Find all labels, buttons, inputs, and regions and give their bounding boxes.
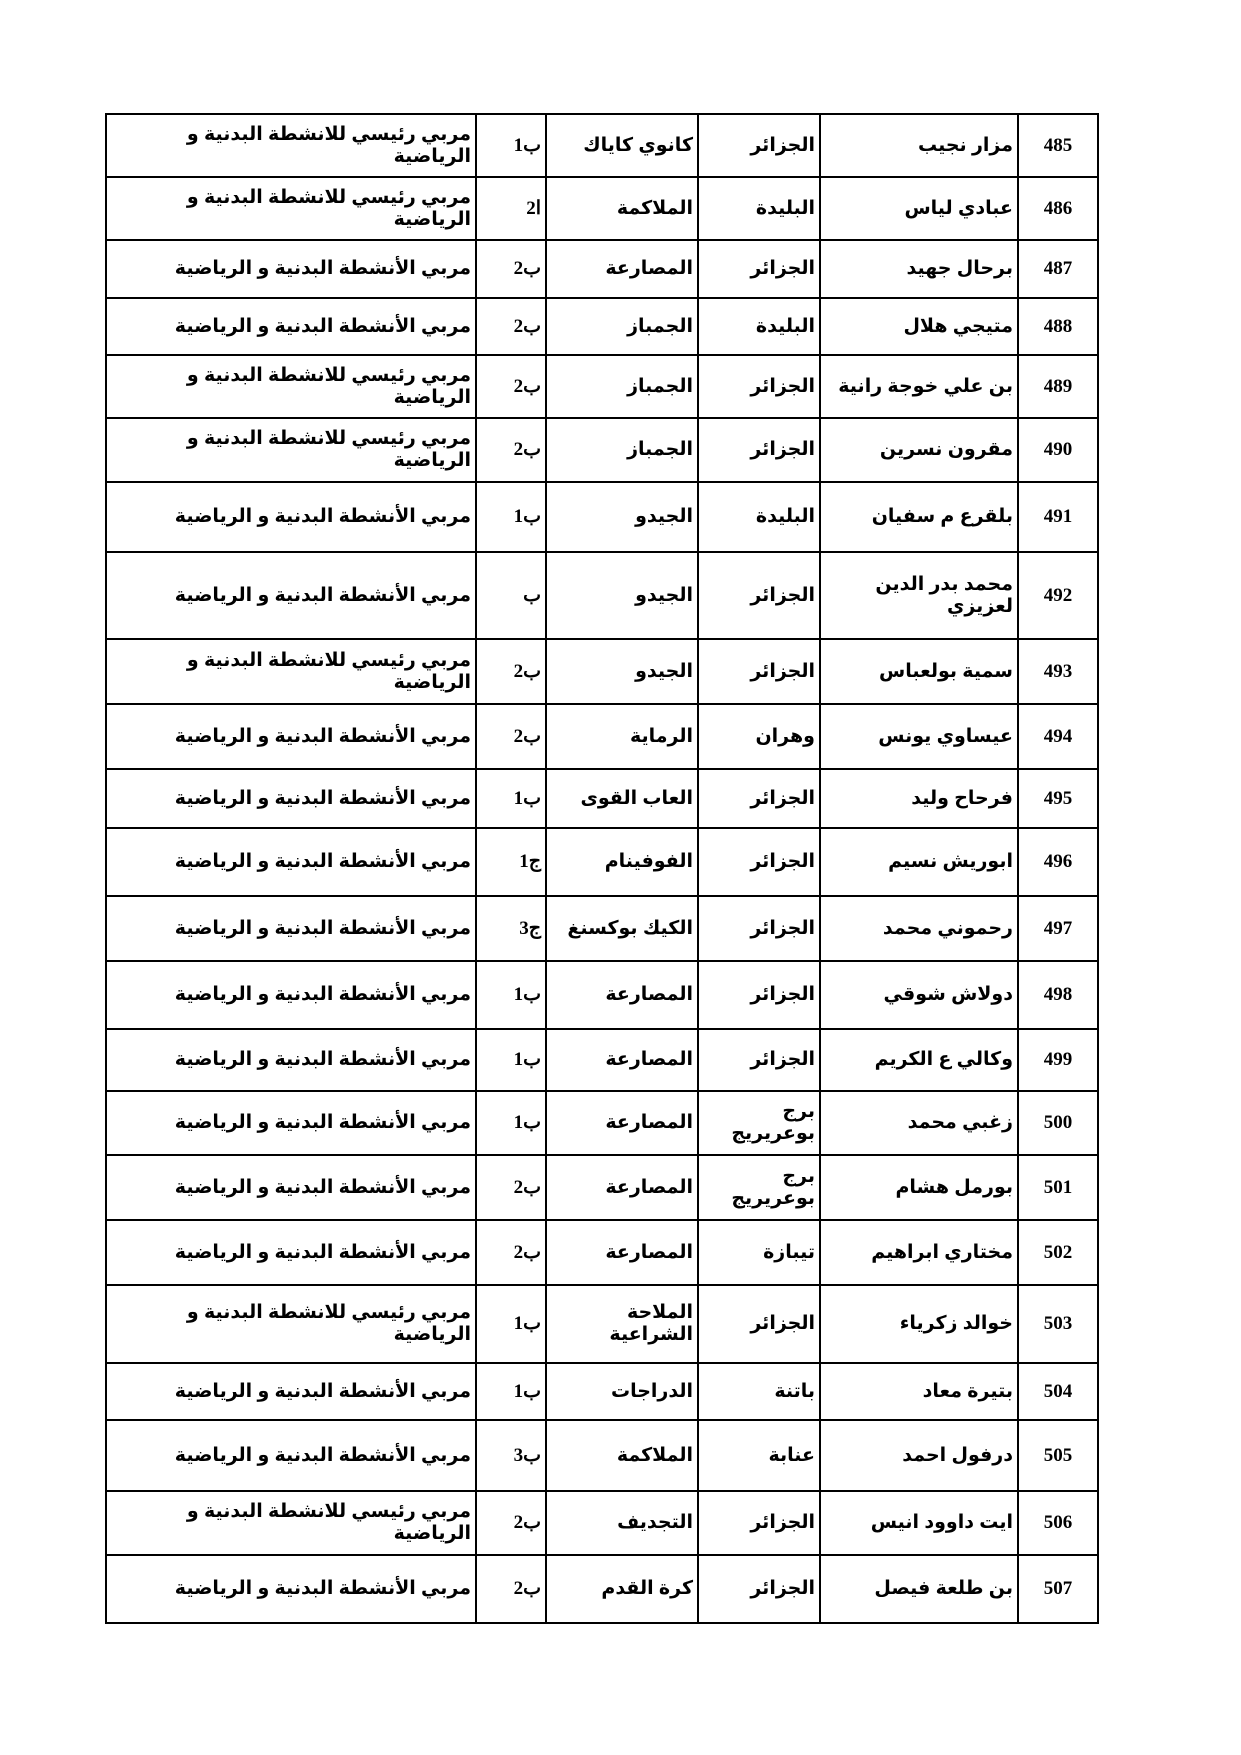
name-cell: دولاش شوقي <box>820 961 1018 1029</box>
wilaya-cell: الجزائر <box>698 355 820 418</box>
number-cell: 490 <box>1018 418 1098 482</box>
name-cell: بتيرة معاد <box>820 1363 1018 1420</box>
role-cell: مربي الأنشطة البدنية و الرياضية <box>106 482 476 552</box>
name-cell: خوالد زكرياء <box>820 1285 1018 1363</box>
sport-cell: الرماية <box>546 704 698 769</box>
table-row: مربي الأنشطة البدنية و الرياضية ب1 المصا… <box>106 1091 1098 1155</box>
name-cell: رحموني محمد <box>820 896 1018 961</box>
number-cell: 486 <box>1018 177 1098 240</box>
table-row: مربي الأنشطة البدنية و الرياضية ب2 الرما… <box>106 704 1098 769</box>
sport-cell: الملاكمة <box>546 177 698 240</box>
role-cell: مربي الأنشطة البدنية و الرياضية <box>106 896 476 961</box>
wilaya-cell: تيبازة <box>698 1220 820 1285</box>
level-cell: ب2 <box>476 1555 546 1623</box>
level-cell: ب2 <box>476 1220 546 1285</box>
number-cell: 485 <box>1018 114 1098 177</box>
table-row: مربي الأنشطة البدنية و الرياضية ج3 الكيك… <box>106 896 1098 961</box>
name-cell: برحال جهيد <box>820 240 1018 298</box>
name-cell: بورمل هشام <box>820 1155 1018 1220</box>
name-cell: بلقرع م سفيان <box>820 482 1018 552</box>
role-cell: مربي الأنشطة البدنية و الرياضية <box>106 704 476 769</box>
document-page: مربي رئيسي للانشطة البدنية و الرياضية ب1… <box>0 0 1241 1755</box>
number-cell: 506 <box>1018 1491 1098 1555</box>
role-cell: مربي الأنشطة البدنية و الرياضية <box>106 1091 476 1155</box>
level-cell: ب2 <box>476 298 546 355</box>
table-row: مربي رئيسي للانشطة البدنية و الرياضية ب2… <box>106 1491 1098 1555</box>
number-cell: 494 <box>1018 704 1098 769</box>
table-row: مربي الأنشطة البدنية و الرياضية ب1 المصا… <box>106 961 1098 1029</box>
table-row: مربي رئيسي للانشطة البدنية و الرياضية ب1… <box>106 114 1098 177</box>
number-cell: 498 <box>1018 961 1098 1029</box>
table-row: مربي الأنشطة البدنية و الرياضية ب2 المصا… <box>106 1155 1098 1220</box>
role-cell: مربي رئيسي للانشطة البدنية و الرياضية <box>106 355 476 418</box>
table-row: مربي الأنشطة البدنية و الرياضية ب2 الجمب… <box>106 298 1098 355</box>
name-cell: مختاري ابراهيم <box>820 1220 1018 1285</box>
name-cell: زغبي محمد <box>820 1091 1018 1155</box>
wilaya-cell: البليدة <box>698 298 820 355</box>
name-cell: سمية بولعباس <box>820 639 1018 704</box>
wilaya-cell: باتنة <box>698 1363 820 1420</box>
level-cell: ب1 <box>476 769 546 828</box>
sport-cell: الملاكمة <box>546 1420 698 1491</box>
level-cell: ج3 <box>476 896 546 961</box>
level-cell: ب1 <box>476 114 546 177</box>
wilaya-cell: الجزائر <box>698 769 820 828</box>
role-cell: مربي الأنشطة البدنية و الرياضية <box>106 1420 476 1491</box>
number-cell: 503 <box>1018 1285 1098 1363</box>
level-cell: ب1 <box>476 1363 546 1420</box>
sport-cell: الجيدو <box>546 552 698 639</box>
level-cell: ب2 <box>476 1491 546 1555</box>
wilaya-cell: برج بوعريريج <box>698 1155 820 1220</box>
wilaya-cell: الجزائر <box>698 961 820 1029</box>
table-row: مربي الأنشطة البدنية و الرياضية ب1 المصا… <box>106 1029 1098 1091</box>
role-cell: مربي رئيسي للانشطة البدنية و الرياضية <box>106 639 476 704</box>
role-cell: مربي الأنشطة البدنية و الرياضية <box>106 1155 476 1220</box>
number-cell: 497 <box>1018 896 1098 961</box>
wilaya-cell: الجزائر <box>698 639 820 704</box>
number-cell: 502 <box>1018 1220 1098 1285</box>
name-cell: عيساوي يونس <box>820 704 1018 769</box>
table-row: مربي رئيسي للانشطة البدنية و الرياضية ب2… <box>106 355 1098 418</box>
number-cell: 492 <box>1018 552 1098 639</box>
wilaya-cell: الجزائر <box>698 240 820 298</box>
role-cell: مربي رئيسي للانشطة البدنية و الرياضية <box>106 418 476 482</box>
level-cell: ب1 <box>476 1285 546 1363</box>
sport-cell: المصارعة <box>546 1220 698 1285</box>
level-cell: ب3 <box>476 1420 546 1491</box>
number-cell: 487 <box>1018 240 1098 298</box>
level-cell: ج1 <box>476 828 546 896</box>
sport-cell: المصارعة <box>546 961 698 1029</box>
table-row: مربي الأنشطة البدنية و الرياضية ب الجيدو… <box>106 552 1098 639</box>
role-cell: مربي رئيسي للانشطة البدنية و الرياضية <box>106 1491 476 1555</box>
sport-cell: كرة القدم <box>546 1555 698 1623</box>
table-row: مربي الأنشطة البدنية و الرياضية ب2 المصا… <box>106 240 1098 298</box>
name-cell: فرحاح وليد <box>820 769 1018 828</box>
table-row: مربي رئيسي للانشطة البدنية و الرياضية ب1… <box>106 1285 1098 1363</box>
name-cell: مزار نجيب <box>820 114 1018 177</box>
wilaya-cell: الجزائر <box>698 1285 820 1363</box>
sport-cell: الكيك بوكسنغ <box>546 896 698 961</box>
level-cell: ا2 <box>476 177 546 240</box>
name-cell: بن طلعة فيصل <box>820 1555 1018 1623</box>
wilaya-cell: الجزائر <box>698 1555 820 1623</box>
sport-cell: الفوفينام <box>546 828 698 896</box>
number-cell: 504 <box>1018 1363 1098 1420</box>
wilaya-cell: برج بوعريريج <box>698 1091 820 1155</box>
role-cell: مربي رئيسي للانشطة البدنية و الرياضية <box>106 177 476 240</box>
name-cell: ايت داوود انيس <box>820 1491 1018 1555</box>
sport-cell: الجيدو <box>546 482 698 552</box>
name-cell: محمد بدر الدين لعزيزي <box>820 552 1018 639</box>
sport-cell: الملاحة الشراعية <box>546 1285 698 1363</box>
table-row: مربي رئيسي للانشطة البدنية و الرياضية ب2… <box>106 418 1098 482</box>
table-row: مربي الأنشطة البدنية و الرياضية ب3 الملا… <box>106 1420 1098 1491</box>
level-cell: ب1 <box>476 961 546 1029</box>
role-cell: مربي رئيسي للانشطة البدنية و الرياضية <box>106 1285 476 1363</box>
wilaya-cell: البليدة <box>698 482 820 552</box>
sport-cell: الجمباز <box>546 355 698 418</box>
table-body: مربي رئيسي للانشطة البدنية و الرياضية ب1… <box>106 114 1098 1623</box>
role-cell: مربي الأنشطة البدنية و الرياضية <box>106 298 476 355</box>
role-cell: مربي الأنشطة البدنية و الرياضية <box>106 1363 476 1420</box>
wilaya-cell: الجزائر <box>698 418 820 482</box>
role-cell: مربي الأنشطة البدنية و الرياضية <box>106 240 476 298</box>
level-cell: ب2 <box>476 418 546 482</box>
sport-cell: الجمباز <box>546 298 698 355</box>
sport-cell: الجيدو <box>546 639 698 704</box>
wilaya-cell: وهران <box>698 704 820 769</box>
wilaya-cell: الجزائر <box>698 896 820 961</box>
role-cell: مربي الأنشطة البدنية و الرياضية <box>106 961 476 1029</box>
level-cell: ب1 <box>476 1091 546 1155</box>
coaches-table: مربي رئيسي للانشطة البدنية و الرياضية ب1… <box>105 113 1099 1624</box>
sport-cell: المصارعة <box>546 240 698 298</box>
wilaya-cell: الجزائر <box>698 552 820 639</box>
table-row: مربي الأنشطة البدنية و الرياضية ب2 كرة ا… <box>106 1555 1098 1623</box>
wilaya-cell: الجزائر <box>698 1029 820 1091</box>
role-cell: مربي الأنشطة البدنية و الرياضية <box>106 1555 476 1623</box>
level-cell: ب2 <box>476 240 546 298</box>
sport-cell: كانوي كاياك <box>546 114 698 177</box>
table-row: مربي الأنشطة البدنية و الرياضية ب2 المصا… <box>106 1220 1098 1285</box>
wilaya-cell: الجزائر <box>698 114 820 177</box>
table-row: مربي الأنشطة البدنية و الرياضية ب1 العاب… <box>106 769 1098 828</box>
name-cell: عبادي لياس <box>820 177 1018 240</box>
name-cell: متيجي هلال <box>820 298 1018 355</box>
name-cell: ابوريش نسيم <box>820 828 1018 896</box>
level-cell: ب1 <box>476 1029 546 1091</box>
sport-cell: المصارعة <box>546 1091 698 1155</box>
level-cell: ب2 <box>476 639 546 704</box>
level-cell: ب <box>476 552 546 639</box>
level-cell: ب1 <box>476 482 546 552</box>
role-cell: مربي الأنشطة البدنية و الرياضية <box>106 1220 476 1285</box>
name-cell: مقرون نسرين <box>820 418 1018 482</box>
role-cell: مربي رئيسي للانشطة البدنية و الرياضية <box>106 114 476 177</box>
table-row: مربي الأنشطة البدنية و الرياضية ج1 الفوف… <box>106 828 1098 896</box>
number-cell: 493 <box>1018 639 1098 704</box>
role-cell: مربي الأنشطة البدنية و الرياضية <box>106 828 476 896</box>
table-row: مربي رئيسي للانشطة البدنية و الرياضية ب2… <box>106 639 1098 704</box>
sport-cell: الدراجات <box>546 1363 698 1420</box>
wilaya-cell: الجزائر <box>698 1491 820 1555</box>
number-cell: 496 <box>1018 828 1098 896</box>
number-cell: 501 <box>1018 1155 1098 1220</box>
table-row: مربي الأنشطة البدنية و الرياضية ب1 الجيد… <box>106 482 1098 552</box>
name-cell: درفول احمد <box>820 1420 1018 1491</box>
name-cell: بن علي خوجة رانية <box>820 355 1018 418</box>
role-cell: مربي الأنشطة البدنية و الرياضية <box>106 1029 476 1091</box>
wilaya-cell: الجزائر <box>698 828 820 896</box>
number-cell: 499 <box>1018 1029 1098 1091</box>
number-cell: 507 <box>1018 1555 1098 1623</box>
role-cell: مربي الأنشطة البدنية و الرياضية <box>106 769 476 828</box>
role-cell: مربي الأنشطة البدنية و الرياضية <box>106 552 476 639</box>
wilaya-cell: البليدة <box>698 177 820 240</box>
number-cell: 500 <box>1018 1091 1098 1155</box>
wilaya-cell: عنابة <box>698 1420 820 1491</box>
level-cell: ب2 <box>476 704 546 769</box>
sport-cell: الجمباز <box>546 418 698 482</box>
sport-cell: العاب القوى <box>546 769 698 828</box>
number-cell: 505 <box>1018 1420 1098 1491</box>
number-cell: 495 <box>1018 769 1098 828</box>
number-cell: 491 <box>1018 482 1098 552</box>
level-cell: ب2 <box>476 355 546 418</box>
number-cell: 489 <box>1018 355 1098 418</box>
level-cell: ب2 <box>476 1155 546 1220</box>
table-row: مربي رئيسي للانشطة البدنية و الرياضية ا2… <box>106 177 1098 240</box>
sport-cell: المصارعة <box>546 1155 698 1220</box>
name-cell: وكالي ع الكريم <box>820 1029 1018 1091</box>
number-cell: 488 <box>1018 298 1098 355</box>
sport-cell: المصارعة <box>546 1029 698 1091</box>
table-row: مربي الأنشطة البدنية و الرياضية ب1 الدرا… <box>106 1363 1098 1420</box>
sport-cell: التجديف <box>546 1491 698 1555</box>
